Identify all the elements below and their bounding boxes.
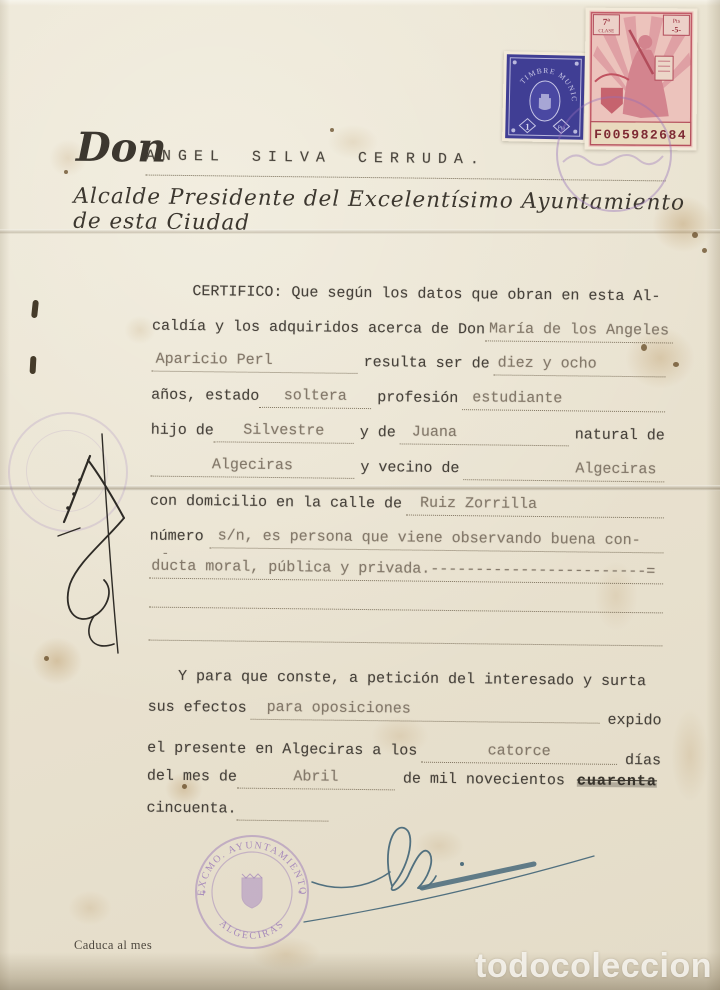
field-madre: Juana	[400, 424, 569, 445]
seal-bottom-text: ALGECIRAS	[217, 918, 287, 942]
text: y de	[360, 425, 396, 444]
field-nombre: María de los Angeles	[485, 321, 673, 343]
svg-text:ALGECIRAS: ALGECIRAS	[217, 918, 287, 942]
seal-coat-of-arms-icon	[242, 874, 262, 908]
watermark: todocoleccion	[475, 947, 712, 986]
body-line-5: hijo de Silvestre y de Juana natural de	[151, 422, 665, 447]
field-natural-de: Algeciras	[150, 457, 354, 479]
municipal-stamp: TIMBRE MUNICIPAL 1 Pta	[502, 51, 588, 143]
body-line-13: del mes de Abril de mil novecientos cuar…	[147, 768, 657, 793]
field-padre: Silvestre	[214, 422, 354, 443]
fiscal-stamp: 7ª CLASE Pts -5- F005982684	[585, 8, 698, 151]
field-motivo: para oposiciones	[251, 700, 600, 723]
text: y vecino de	[360, 460, 459, 480]
body-line-11: sus efectos para oposiciones expido	[148, 699, 662, 724]
municipal-stamp-art: TIMBRE MUNICIPAL 1 Pta	[502, 51, 588, 143]
text: el presente en Algeciras a los	[147, 741, 417, 763]
text: de mil novecientos	[403, 771, 565, 791]
blank-line	[149, 590, 663, 614]
text: profesión	[377, 390, 458, 409]
field-edad: diez y ocho	[494, 355, 666, 376]
text: cincuenta.	[146, 801, 236, 821]
field-anno-tachado: cuarenta	[577, 773, 657, 792]
field-vecino-de: Algeciras	[463, 460, 664, 482]
field-dia: catorce	[421, 743, 617, 765]
blank-line	[148, 623, 662, 647]
body-line-3: Aparicio Perl resulta ser de diez y ocho	[151, 352, 665, 377]
pts-value: -5-	[672, 25, 682, 34]
text: expido	[607, 713, 661, 732]
text: Y para que conste, a petición del intere…	[178, 669, 646, 693]
fiscal-stamp-art: 7ª CLASE Pts -5- F005982684	[585, 8, 698, 151]
body-line-7: con domicilio en la calle de Ruiz Zorril…	[150, 493, 664, 518]
certifier-name: ANGEL SILVA CERRUDA.	[146, 148, 486, 169]
body-line-10: Y para que conste, a petición del intere…	[178, 669, 646, 693]
text: resulta ser de	[363, 355, 489, 375]
text: días	[625, 753, 661, 772]
body-line-1: CERTIFICO: Que según los datos que obran…	[192, 284, 660, 308]
body-line-12: el presente en Algeciras a los catorce d…	[147, 740, 661, 765]
text: con domicilio en la calle de	[150, 494, 402, 515]
signature-blue	[290, 818, 700, 936]
field-conducta: ducta moral, pública y privada.---------…	[149, 559, 663, 584]
body-line-6: Algeciras y vecino de Algeciras	[150, 457, 664, 482]
municipal-value: 1	[525, 122, 530, 132]
field-profesion: estudiante	[462, 390, 665, 412]
document-page: Don ANGEL SILVA CERRUDA. Alcalde Preside…	[0, 0, 720, 990]
body-line-8: número s/n, es persona que viene observa…	[149, 528, 663, 553]
text: natural de	[575, 427, 665, 447]
pts-word: Pts	[673, 19, 681, 25]
expiry-note: Caduca al mes	[74, 938, 152, 953]
body-line-2: caldía y los adquiridos acerca de Don Ma…	[152, 318, 666, 343]
text: del mes de	[147, 769, 237, 789]
field-numero: s/n, es persona que viene observando bue…	[210, 528, 664, 553]
body-line-4: años, estado soltera profesión estudiant…	[151, 387, 665, 412]
certifier-title: Alcalde Presidente del Excelentísimo Ayu…	[73, 184, 720, 241]
text: años, estado	[151, 388, 259, 408]
text: sus efectos	[148, 700, 247, 720]
faded-stamp-squiggle	[555, 140, 675, 185]
body-line-9: ducta moral, pública y privada.---------…	[149, 559, 663, 584]
text: CERTIFICO: Que según los datos que obran…	[192, 284, 660, 308]
field-calle: Ruiz Zorrilla	[406, 495, 664, 517]
field-mes: Abril	[237, 769, 395, 790]
field-apellidos: Aparicio Perl	[151, 352, 357, 374]
text: hijo de	[151, 423, 214, 442]
municipal-unit: Pta	[558, 125, 566, 131]
field-estado: soltera	[259, 388, 371, 409]
class-number: 7ª	[603, 17, 611, 27]
signature-black	[38, 418, 158, 668]
text: caldía y los adquiridos acerca de Don	[152, 319, 485, 341]
class-word: CLASE	[598, 29, 614, 34]
